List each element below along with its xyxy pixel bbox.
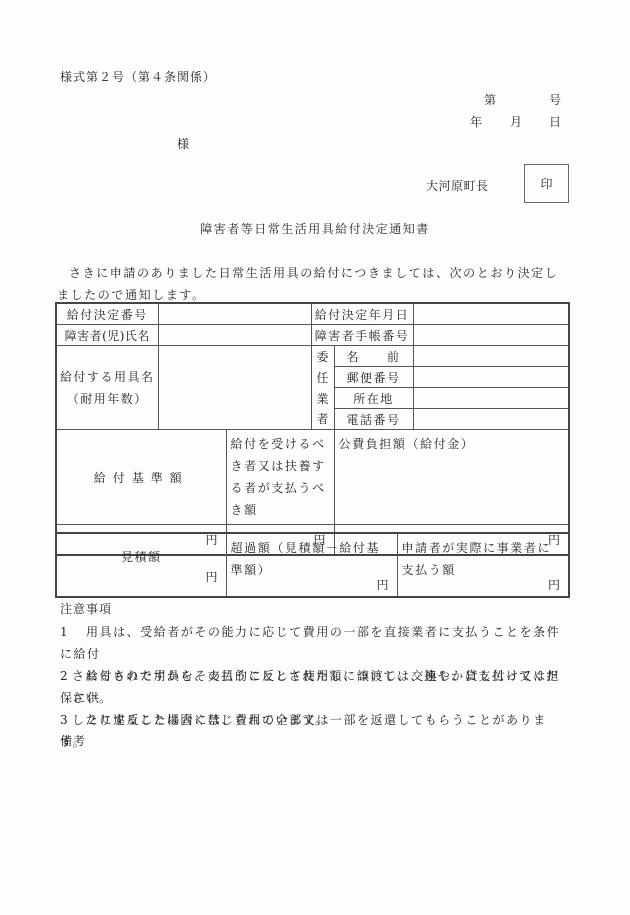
- excess-cell[interactable]: 超過額（見積額－給付基準額） 円: [226, 533, 397, 597]
- public-burden-label: 公費負担額（給付金）: [334, 430, 569, 525]
- person-name-label: 障害者(児)氏名: [56, 325, 158, 346]
- date-day: 日: [549, 113, 561, 130]
- note-number: 3: [60, 709, 86, 731]
- note-text: 用具は、受給者がその能力に応じて費用の一部を直接業者に支払うことを条件に給付: [60, 625, 560, 661]
- actual-payment-label: 申請者が実際に事業者に支払う額: [402, 537, 565, 581]
- contractor-name-label: 名 前: [334, 346, 413, 367]
- contractor-phone-label: 電話番号: [334, 409, 413, 430]
- date-year: 年: [470, 113, 482, 130]
- notes-title: 注意事項: [60, 600, 112, 617]
- remarks-label: 備考: [60, 732, 86, 749]
- actual-payment-yen: 円: [548, 576, 560, 593]
- estimate-yen: 円: [205, 568, 217, 585]
- item-label-line1: 給付する用具名: [57, 366, 158, 388]
- item-label-line2: （耐用年数）: [57, 388, 158, 410]
- recipient-payment-label: 給付を受けるべき者又は扶養する者が支払うべき額: [226, 430, 334, 525]
- intro-text: さきに申請のありました日常生活用具の給付につきましては、次のとおり決定しましたの…: [57, 262, 567, 306]
- decision-date-label: 給付決定年月日: [311, 303, 413, 325]
- excess-label: 超過額（見積額－給付基準額）: [231, 537, 393, 581]
- actual-payment-cell[interactable]: 申請者が実際に事業者に支払う額 円: [397, 533, 569, 597]
- decision-number-value[interactable]: [158, 303, 311, 325]
- handbook-number-label: 障害者手帳番号: [311, 325, 413, 346]
- number-suffix: 号: [549, 91, 561, 108]
- decision-table: 給付決定番号 給付決定年月日 障害者(児)氏名 障害者手帳番号 給付する用具名 …: [55, 302, 570, 556]
- contractor-phone-value[interactable]: [413, 409, 569, 430]
- note-number: 2: [60, 665, 86, 687]
- estimate-label: 見積額: [57, 548, 226, 565]
- decision-number-label: 給付決定番号: [56, 303, 158, 325]
- number-prefix: 第: [484, 91, 496, 108]
- contractor-group-char: 者: [311, 409, 334, 430]
- estimate-cell[interactable]: 見積額 円: [56, 533, 226, 597]
- contractor-group-char: 委: [311, 346, 334, 367]
- date-month: 月: [510, 113, 522, 130]
- item-value[interactable]: [158, 346, 311, 430]
- excess-yen: 円: [376, 576, 388, 593]
- contractor-address-value[interactable]: [413, 388, 569, 409]
- decision-date-value[interactable]: [413, 303, 569, 325]
- document-title: 障害者等日常生活用具給付決定通知書: [0, 220, 630, 237]
- handbook-number-value[interactable]: [413, 325, 569, 346]
- seal-box: 印: [524, 164, 569, 203]
- issuer: 大河原町長: [426, 177, 489, 194]
- addressee-suffix: 様: [177, 135, 189, 152]
- contractor-postal-value[interactable]: [413, 367, 569, 388]
- item-label: 給付する用具名 （耐用年数）: [56, 346, 158, 430]
- note-text: ２に違反した場合には、費用の全部又は一部を返還してもらうことがあります。: [60, 713, 547, 749]
- seal-label: 印: [540, 175, 552, 192]
- note-text: 給付された用具をその目的に反して使用し、譲渡し、交換し、貸し付け又は担保に供: [60, 669, 560, 705]
- person-name-value[interactable]: [158, 325, 311, 346]
- note-number: 1: [60, 621, 86, 643]
- estimate-table: 見積額 円 超過額（見積額－給付基準額） 円 申請者が実際に事業者に支払う額 円: [55, 532, 570, 598]
- contractor-name-value[interactable]: [413, 346, 569, 367]
- contractor-group-char: 任: [311, 367, 334, 388]
- contractor-postal-label: 郵便番号: [334, 367, 413, 388]
- note-item: 3２に違反した場合には、費用の全部又は一部を返還してもらうことがあります。: [60, 709, 570, 753]
- standard-amount-label: 給付基準額: [56, 430, 226, 525]
- contractor-address-label: 所在地: [334, 388, 413, 409]
- contractor-group-char: 業: [311, 388, 334, 409]
- form-number: 様式第２号（第４条関係）: [60, 68, 216, 85]
